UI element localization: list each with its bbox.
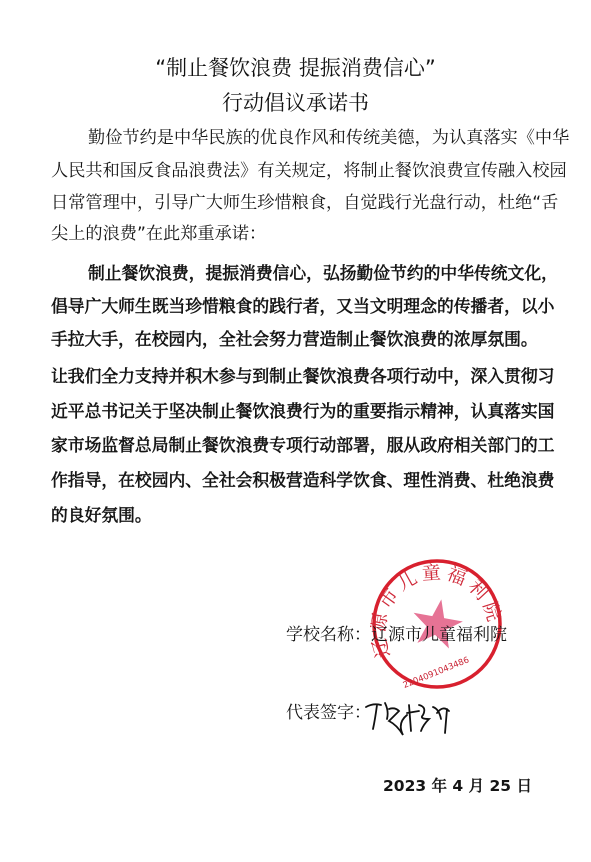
handwritten-signature-icon <box>363 695 463 740</box>
paragraph-1-line-1: 勤俭节约是中华民族的优良作风和传统美德，为认真落实《中华 <box>88 128 569 148</box>
paragraph-2-line-2: 倡导广大师生既当珍惜粮食的践行者，又当文明理念的传播者，以小 <box>51 296 554 316</box>
paragraph-3-line-2: 近平总书记关于坚决制止餐饮浪费行为的重要指示精神，认真落实国 <box>51 401 554 421</box>
paragraph-2-line-1: 制止餐饮浪费，提振消费信心，弘扬勤俭节约的中华传统文化， <box>88 263 558 283</box>
school-name-label: 学校名称：辽源市儿童福利院 <box>286 625 507 645</box>
paragraph-2-line-3: 手拉大手，在校园内，全社会努力营造制止餐饮浪费的浓厚氛围。 <box>51 329 538 349</box>
paragraph-3-line-5: 的良好氛围。 <box>51 505 152 525</box>
official-stamp-icon: 辽源市儿童福利院 2204091043486 <box>370 557 504 691</box>
document-title: “制止餐饮浪费 提振消费信心” <box>0 56 591 80</box>
paragraph-3-line-3: 家市场监督总局制止餐饮浪费专项行动部署，服从政府相关部门的工 <box>51 435 554 455</box>
paragraph-1-line-2: 人民共和国反食品浪费法》有关规定，将制止餐饮浪费宣传融入校园 <box>51 161 567 181</box>
paragraph-3-line-4: 作指导，在校园内、全社会积极营造科学饮食、理性消费、杜绝浪费 <box>51 470 554 490</box>
document-subtitle: 行动倡议承诺书 <box>0 91 591 115</box>
school-name-value: 辽源市儿童福利院 <box>371 625 507 645</box>
representative-signature-label: 代表签字： <box>286 703 371 723</box>
paragraph-3-line-1: 让我们全力支持并积木参与到制止餐饮浪费各项行动中，深入贯彻习 <box>51 366 554 386</box>
document-date: 2023 年 4 月 25 日 <box>383 774 532 796</box>
paragraph-1-line-3: 日常管理中，引导广大师生珍惜粮食，自觉践行光盘行动，杜绝“舌 <box>51 193 558 213</box>
paragraph-1-line-4: 尖上的浪费”在此郑重承诺： <box>51 224 266 244</box>
